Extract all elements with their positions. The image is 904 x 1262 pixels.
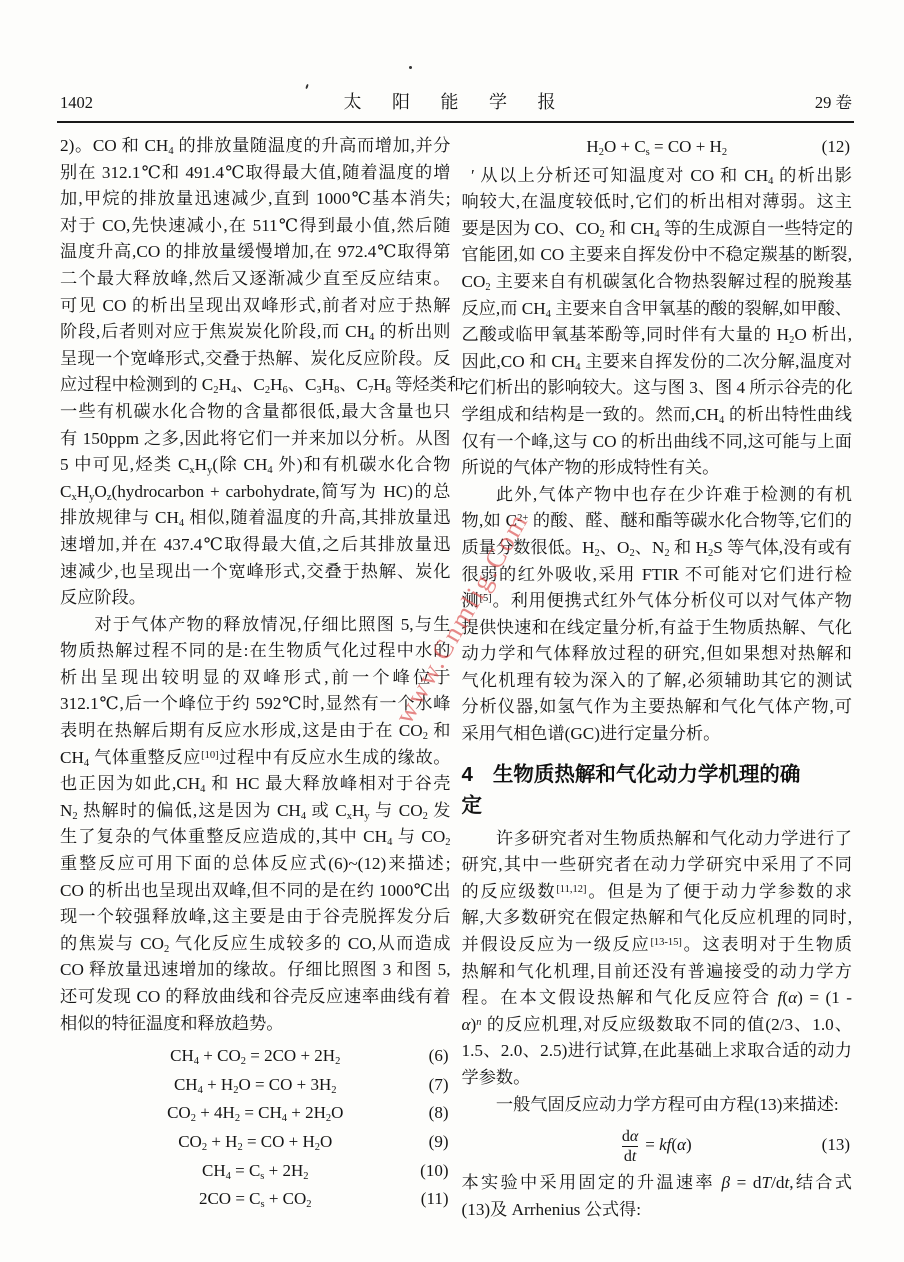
equation-formula: CO2 + H2 = CO + H2O bbox=[178, 1132, 332, 1151]
text-line: 物质热解过程不同的是:在生物质气化过程中水的 bbox=[60, 638, 451, 665]
equation-row: CO2 + 4H2 = CH4 + 2H2O (8) bbox=[60, 1099, 451, 1128]
text-line: 此外,气体产物中也存在少许难于检测的有机 bbox=[462, 482, 853, 509]
equation-13: dαdt= kf(α) (13) bbox=[462, 1120, 853, 1169]
text-line: 5 中可见,烃类 CxHy(除 CH4 外)和有机碳水化合物 bbox=[60, 452, 451, 479]
text-line: 乙酸或临甲氧基苯酚等,同时伴有大量的 H2O 析出, bbox=[462, 322, 853, 349]
text-line: (13)及 Arrhenius 公式得: bbox=[462, 1197, 853, 1224]
text-line: 反应,而 CH4 主要来自含甲氧基的酸的裂解,如甲酸、 bbox=[462, 296, 853, 323]
text-line: 学参数。 bbox=[462, 1065, 853, 1092]
text-line: 重整反应可用下面的总体反应式(6)~(12)来描述; bbox=[60, 851, 451, 878]
equation-formula: CH4 + CO2 = 2CO + 2H2 bbox=[170, 1046, 340, 1065]
fraction: dαdt bbox=[622, 1127, 638, 1166]
equation-formula: CH4 + H2O = CO + 3H2 bbox=[174, 1075, 337, 1094]
text-line: 温度升高,CO 的排放量缓慢增加,在 972.4℃取得第 bbox=[60, 239, 451, 266]
text-line: 呈现一个宽峰形式,交叠于热解、炭化反应阶段。反 bbox=[60, 346, 451, 373]
page-number: 1402 bbox=[60, 93, 180, 113]
text-line: 气化机理有较为深入的了解,必须辅助其它的测试 bbox=[462, 668, 853, 695]
equation-number: (6) bbox=[429, 1042, 449, 1071]
text-line: 应过程中检测到的 C2H4、C2H6、C3H8、C7H8 等烃类和 bbox=[60, 372, 451, 399]
text-line: CO 释放量迅速增加的缘故。仔细比照图 3 和图 5, bbox=[60, 957, 451, 984]
section-number: 4 bbox=[462, 763, 473, 786]
equation-rhs: = kf(α) bbox=[645, 1135, 691, 1154]
equation-number: (13) bbox=[822, 1120, 850, 1169]
text-line: 1.5、2.0、2.5)进行试算,在此基础上求取合适的动力 bbox=[462, 1038, 853, 1065]
text-line: 仅有一个峰,这与 CO 的析出曲线不同,这可能与上面 bbox=[462, 429, 853, 456]
fraction-numerator: dα bbox=[622, 1127, 638, 1146]
text-line: 对于气体产物的释放情况,仔细比照图 5,与生 bbox=[60, 612, 451, 639]
text-line: 现一个较强释放峰,这主要是由于谷壳脱挥发分后 bbox=[60, 904, 451, 931]
paragraph-kinetics-research: 许多研究者对生物质热解和气化动力学进行了研究,其中一些研究者在动力学研究中采用了… bbox=[462, 826, 853, 1119]
text-line: 并假设反应为一级反应[13-15]。这表明对于生物质 bbox=[462, 932, 853, 959]
text-line: 响较大,在温度较低时,它们的析出相对薄弱。这主 bbox=[462, 189, 853, 216]
right-column: H2O + Cs = CO + H2 (12) ′ 从以上分析还可知温度对 CO… bbox=[462, 133, 853, 1223]
equation-formula: H2O + Cs = CO + H2 bbox=[586, 137, 727, 156]
paragraph-temperature-analysis: ′ 从以上分析还可知温度对 CO 和 CH4 的析出影响较大,在温度较低时,它们… bbox=[462, 163, 853, 482]
text-line: 速增加,并在 437.4℃取得最大值,之后其排放量迅 bbox=[60, 532, 451, 559]
text-line: 有 150ppm 之多,因此将它们一并来加以分析。从图 bbox=[60, 426, 451, 453]
text-line: 采用气相色谱(GC)进行定量分析。 bbox=[462, 721, 853, 748]
text-line: 质量分数很低。H2、O2、N2 和 H2S 等气体,没有或有 bbox=[462, 535, 853, 562]
volume-label: 29 卷 bbox=[732, 89, 852, 113]
text-line: 因此,CO 和 CH4 主要来自挥发份的二次分解,温度对 bbox=[462, 349, 853, 376]
two-column-body: 2)。CO 和 CH4 的排放量随温度的升高而增加,并分别在 312.1℃和 4… bbox=[60, 133, 852, 1223]
equation-formula: dαdt= kf(α) bbox=[622, 1135, 692, 1154]
equation-12: H2O + Cs = CO + H2 (12) bbox=[462, 133, 853, 162]
text-line: CO2 主要来自有机碳氢化合物热裂解过程的脱羧基 bbox=[462, 269, 853, 296]
paragraph-heating-rate: 本实验中采用固定的升温速率 β = dT/dt,结合式(13)及 Arrheni… bbox=[462, 1170, 853, 1223]
equation-formula: CH4 = Cs + 2H2 bbox=[202, 1161, 309, 1180]
journal-title: 太 阳 能 学 报 bbox=[180, 88, 732, 114]
text-line: 的焦炭与 CO2 气化反应生成较多的 CO,从而造成 bbox=[60, 931, 451, 958]
section-title: 生物质热解和气化动力学机理的确 bbox=[493, 763, 801, 786]
equation-row: CH4 + H2O = CO + 3H2 (7) bbox=[60, 1071, 451, 1100]
text-line: 别在 312.1℃和 491.4℃取得最大值,随着温度的增 bbox=[60, 160, 451, 187]
equation-row: 2CO = Cs + CO2 (11) bbox=[60, 1185, 451, 1214]
equation-number: (10) bbox=[420, 1157, 448, 1186]
reaction-equations-6-11: CH4 + CO2 = 2CO + 2H2 (6) CH4 + H2O = CO… bbox=[60, 1042, 451, 1214]
text-line: 测[5]。利用便携式红外气体分析仪可以对气体产物 bbox=[462, 588, 853, 615]
text-line: 表明在热解后期有反应水形成,这是由于在 CO2 和 bbox=[60, 718, 451, 745]
text-line: N2 热解时的偏低,这是因为 CH4 或 CxHy 与 CO2 发 bbox=[60, 798, 451, 825]
text-line: 速减少,也呈现出一个宽峰形式,交叠于热解、炭化 bbox=[60, 559, 451, 586]
scan-speck bbox=[409, 66, 412, 69]
text-line: 它们析出的影响较大。这与图 3、图 4 所示谷壳的化 bbox=[462, 375, 853, 402]
text-line: 动力学和气体释放过程的研究,但如果想对热解和 bbox=[462, 641, 853, 668]
text-line: 2)。CO 和 CH4 的排放量随温度的升高而增加,并分 bbox=[60, 133, 451, 160]
text-line: 加,甲烷的排放量迅速减少,直到 1000℃基本消失; bbox=[60, 186, 451, 213]
text-line: 分析仪器,如氢气作为主要热解和气化气体产物,可 bbox=[462, 694, 853, 721]
fraction-denominator: dt bbox=[622, 1146, 638, 1166]
equation-number: (8) bbox=[429, 1099, 449, 1128]
text-line: α)n 的反应机理,对反应级数取不同的值(2/3、1.0、 bbox=[462, 1012, 853, 1039]
text-line: 反应阶段。 bbox=[60, 585, 451, 612]
header-rule bbox=[57, 121, 854, 123]
text-line: 要是因为 CO、CO2 和 CH4 等的生成源自一些特定的 bbox=[462, 216, 853, 243]
equation-row: CH4 + CO2 = 2CO + 2H2 (6) bbox=[60, 1042, 451, 1071]
text-line: 也正因为如此,CH4 和 HC 最大释放峰相对于谷壳 bbox=[60, 771, 451, 798]
text-line: 热解和气化机理,目前还没有普遍接受的动力学方 bbox=[462, 959, 853, 986]
text-line: CO 的析出也呈现出双峰,但不同的是在约 1000℃出 bbox=[60, 878, 451, 905]
section-heading: 4生物质热解和气化动力学机理的确 定 bbox=[462, 759, 853, 821]
text-line: 对于 CO,先快速减小,在 511℃得到最小值,然后随 bbox=[60, 213, 451, 240]
text-line: 很弱的红外吸收,采用 FTIR 不可能对它们进行检 bbox=[462, 562, 853, 589]
text-line: 析出呈现出较明显的双峰形式,前一个峰位于 bbox=[60, 665, 451, 692]
equation-number: (7) bbox=[429, 1071, 449, 1100]
text-line: 学组成和结构是一致的。然而,CH4 的析出特性曲线 bbox=[462, 402, 853, 429]
equation-formula: 2CO = Cs + CO2 bbox=[199, 1189, 312, 1208]
text-line: 生了复杂的气体重整反应造成的,其中 CH4 与 CO2 bbox=[60, 824, 451, 851]
text-line: 提供快速和在线定量分析,有益于生物质热解、气化 bbox=[462, 615, 853, 642]
heading-line-2: 定 bbox=[462, 790, 853, 821]
text-line: 312.1℃,后一个峰位于约 592℃时,显然有一个水峰 bbox=[60, 691, 451, 718]
text-line: 一些有机碳水化合物的含量都很低,最大含量也只 bbox=[60, 399, 451, 426]
text-line: 排放规律与 CH4 相似,随着温度的升高,其排放量迅 bbox=[60, 505, 451, 532]
text-line: 可见 CO 的析出呈现出双峰形式,前者对应于热解 bbox=[60, 293, 451, 320]
paragraph-gas-products: 对于气体产物的释放情况,仔细比照图 5,与生物质热解过程不同的是:在生物质气化过… bbox=[60, 612, 451, 1038]
text-line: 的反应级数[11,12]。但是为了便于动力学参数的求 bbox=[462, 879, 853, 906]
text-line: 二个最大释放峰,然后又逐渐减少直至反应结束。 bbox=[60, 266, 451, 293]
text-line: 阶段,后者则对应于焦炭炭化阶段,而 CH4 的析出则 bbox=[60, 319, 451, 346]
paragraph-ftir-limitations: 此外,气体产物中也存在少许难于检测的有机物,如 C2+ 的酸、醛、醚和酯等碳水化… bbox=[462, 482, 853, 748]
text-line: CxHyOz(hydrocarbon + carbohydrate,简写为 HC… bbox=[60, 479, 451, 506]
text-line: 相似的特征温度和释放趋势。 bbox=[60, 1011, 451, 1038]
equation-number: (9) bbox=[429, 1128, 449, 1157]
page-header: 1402 太 阳 能 学 报 29 卷 bbox=[60, 88, 852, 114]
heading-line-1: 4生物质热解和气化动力学机理的确 bbox=[462, 759, 853, 790]
text-line: 本实验中采用固定的升温速率 β = dT/dt,结合式 bbox=[462, 1170, 853, 1197]
text-line: ′ 从以上分析还可知温度对 CO 和 CH4 的析出影 bbox=[462, 163, 853, 190]
text-line: 程。在本文假设热解和气化反应符合 f(α) = (1 - bbox=[462, 985, 853, 1012]
text-line: 物,如 C2+ 的酸、醛、醚和酯等碳水化合物等,它们的 bbox=[462, 508, 853, 535]
journal-page: 1402 太 阳 能 学 报 29 卷 2)。CO 和 CH4 的排放量随温度的… bbox=[0, 0, 904, 1262]
text-line: CH4 气体重整反应[10]过程中有反应水生成的缘故。 bbox=[60, 745, 451, 772]
text-line: 一般气固反应动力学方程可由方程(13)来描述: bbox=[462, 1092, 853, 1119]
equation-number: (11) bbox=[421, 1185, 449, 1214]
left-column: 2)。CO 和 CH4 的排放量随温度的升高而增加,并分别在 312.1℃和 4… bbox=[60, 133, 451, 1223]
text-line: 研究,其中一些研究者在动力学研究中采用了不同 bbox=[462, 852, 853, 879]
text-line: 官能团,如 CO 主要来自挥发份中不稳定羰基的断裂, bbox=[462, 242, 853, 269]
text-line: 还可发现 CO 的释放曲线和谷壳反应速率曲线有着 bbox=[60, 984, 451, 1011]
text-line: 许多研究者对生物质热解和气化动力学进行了 bbox=[462, 826, 853, 853]
equation-formula: CO2 + 4H2 = CH4 + 2H2O bbox=[167, 1103, 343, 1122]
text-line: 解,大多数研究在假定热解和气化反应机理的同时, bbox=[462, 905, 853, 932]
equation-row: CO2 + H2 = CO + H2O (9) bbox=[60, 1128, 451, 1157]
equation-number: (12) bbox=[822, 133, 850, 162]
paragraph-co-ch4-release: 2)。CO 和 CH4 的排放量随温度的升高而增加,并分别在 312.1℃和 4… bbox=[60, 133, 451, 612]
text-line: 所说的气体产物的形成特性有关。 bbox=[462, 455, 853, 482]
equation-row: CH4 = Cs + 2H2 (10) bbox=[60, 1157, 451, 1186]
